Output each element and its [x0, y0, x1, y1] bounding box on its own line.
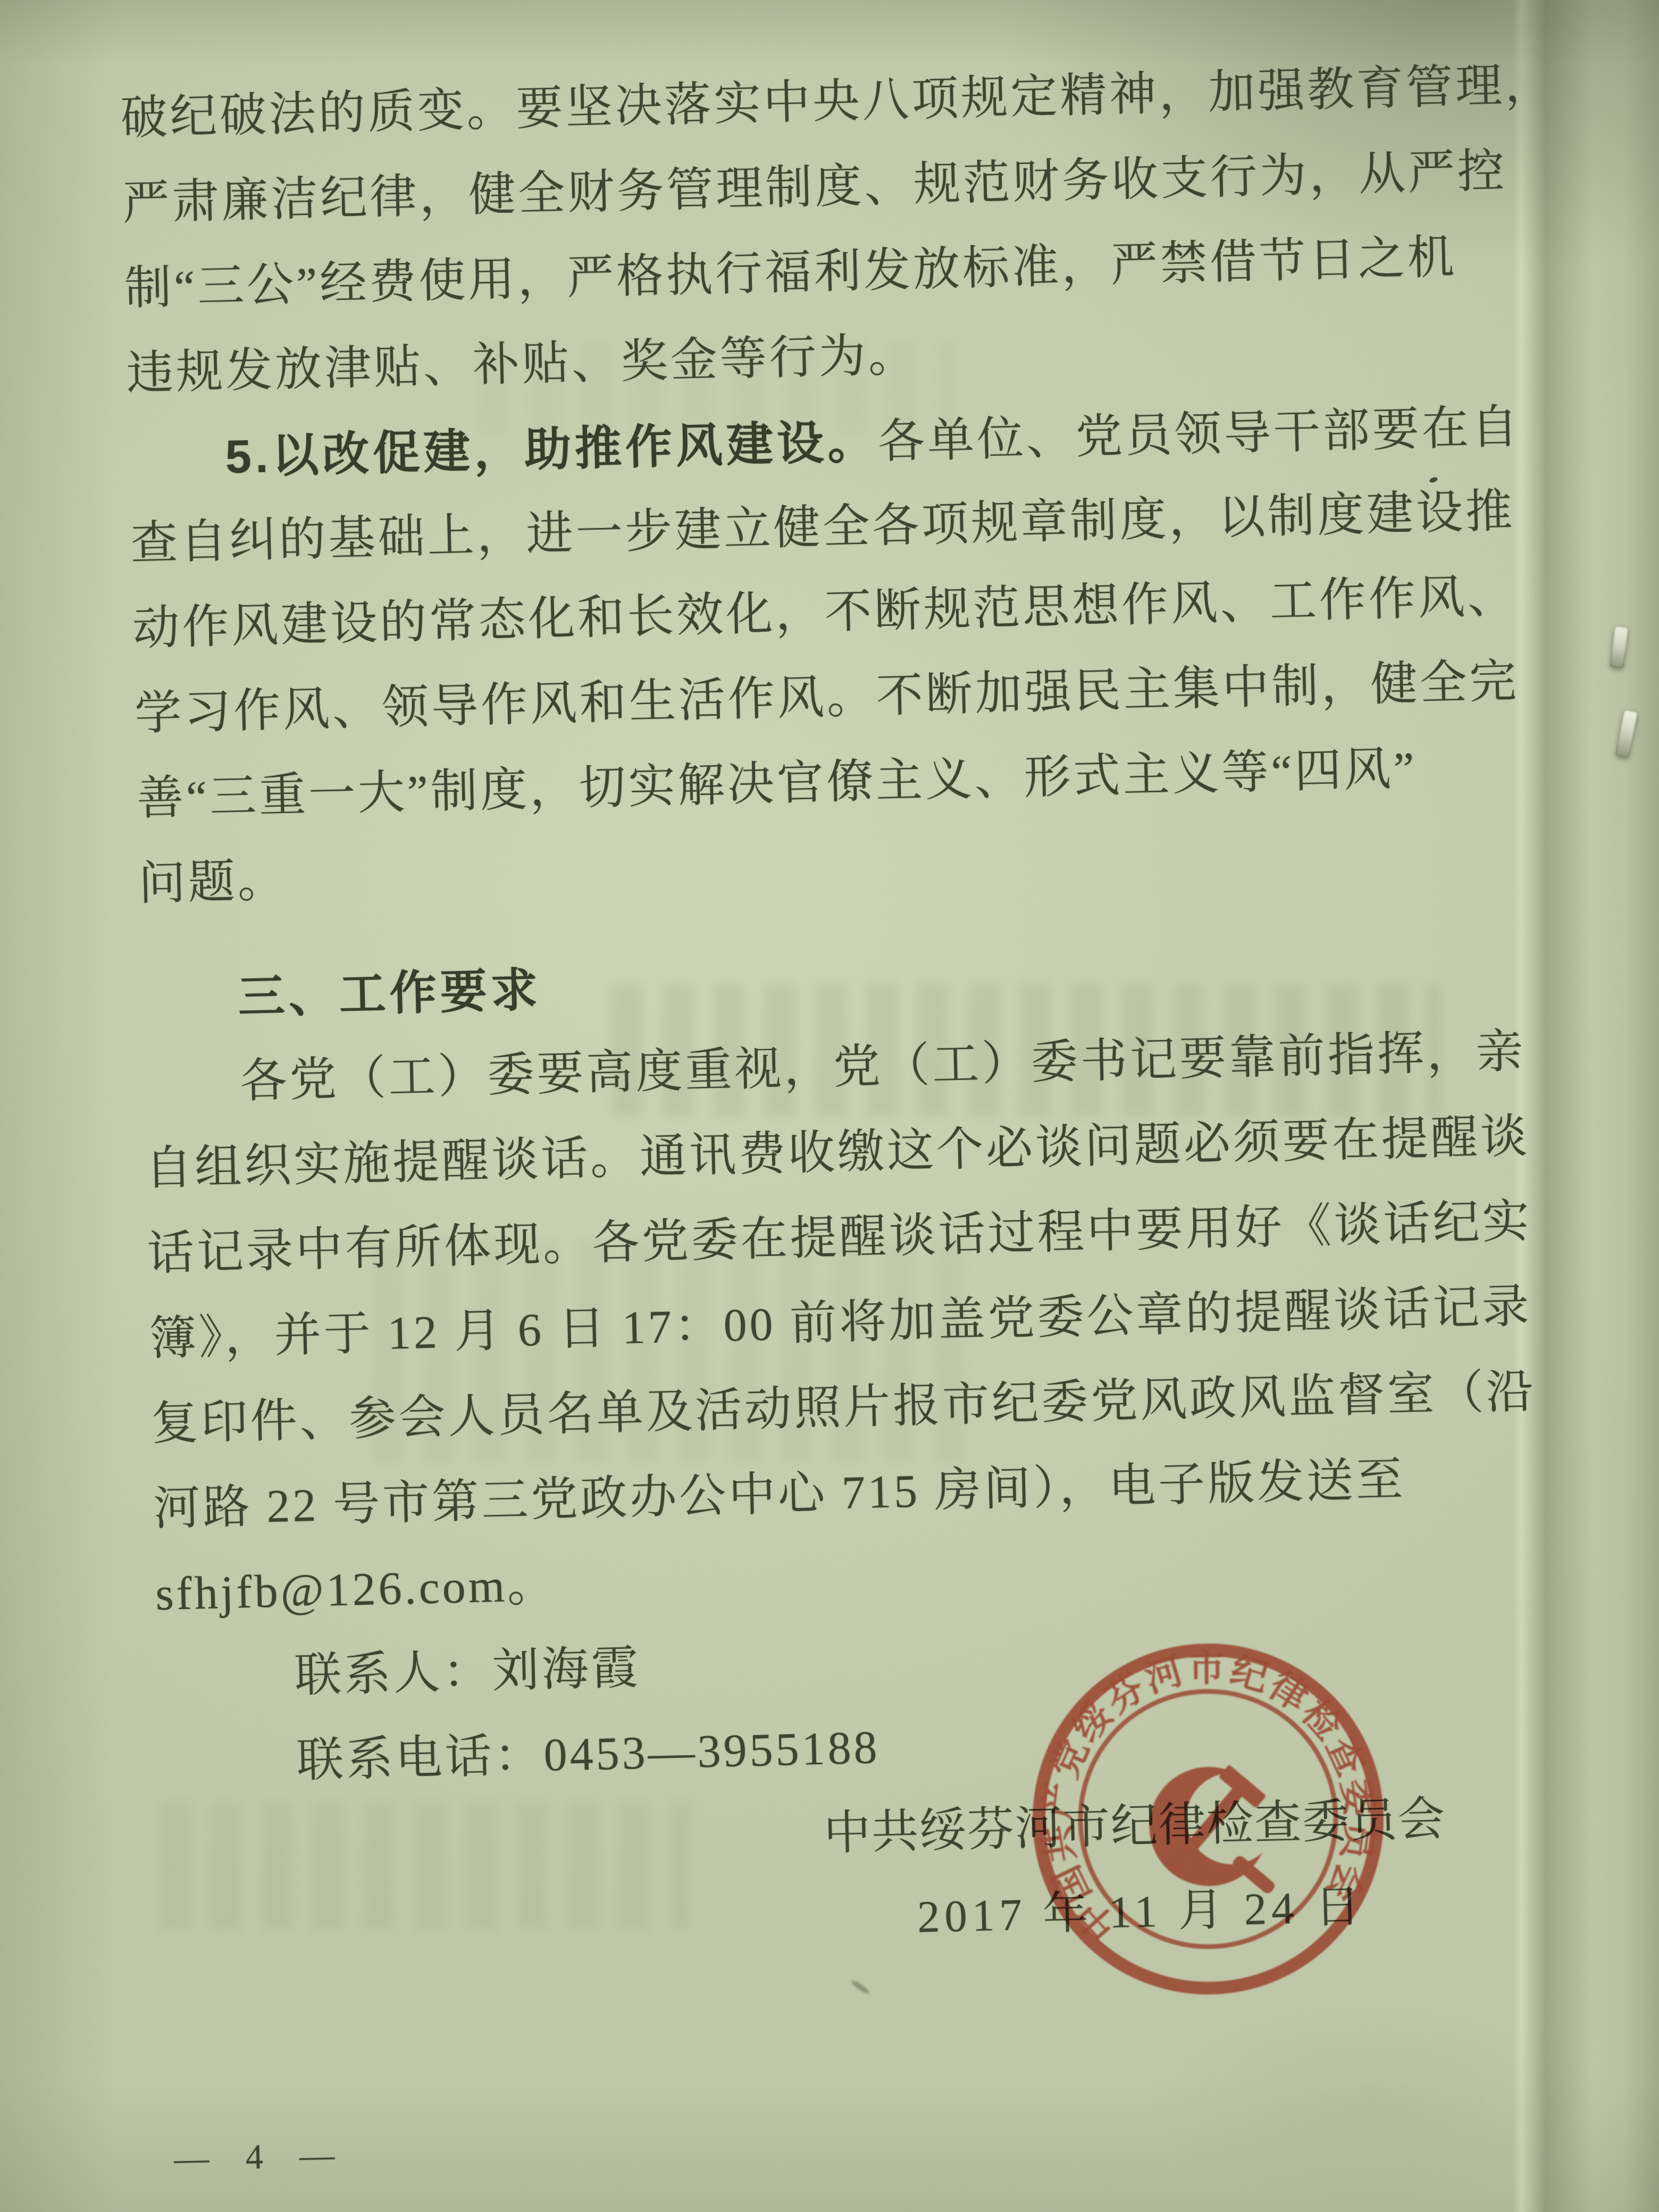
document-body: 破纪破法的质变。要坚决落实中央八项规定精神，加强教育管理，严肃廉洁纪律，健全财务…: [120, 43, 1589, 1978]
bold-lead: 5.以改促建，助推作风建设。: [225, 415, 878, 483]
pencil-smudge: [850, 1979, 871, 1995]
staple-top: [1610, 626, 1628, 669]
bleed-through-smudge: [1143, 1999, 1601, 2201]
page-number: — 4 —: [173, 2135, 349, 2180]
staple-bottom: [1615, 709, 1638, 758]
body-text: 破纪破法的质变。要坚决落实中央八项规定精神，加强教育管理，严肃廉洁纪律，健全财务…: [120, 43, 1585, 1807]
sign-off-date: 2017 年 11 月 24 日: [916, 1859, 1589, 1960]
document-photo: { "colors": { "paper": "#bcc5a4", "ink":…: [0, 0, 1659, 2212]
